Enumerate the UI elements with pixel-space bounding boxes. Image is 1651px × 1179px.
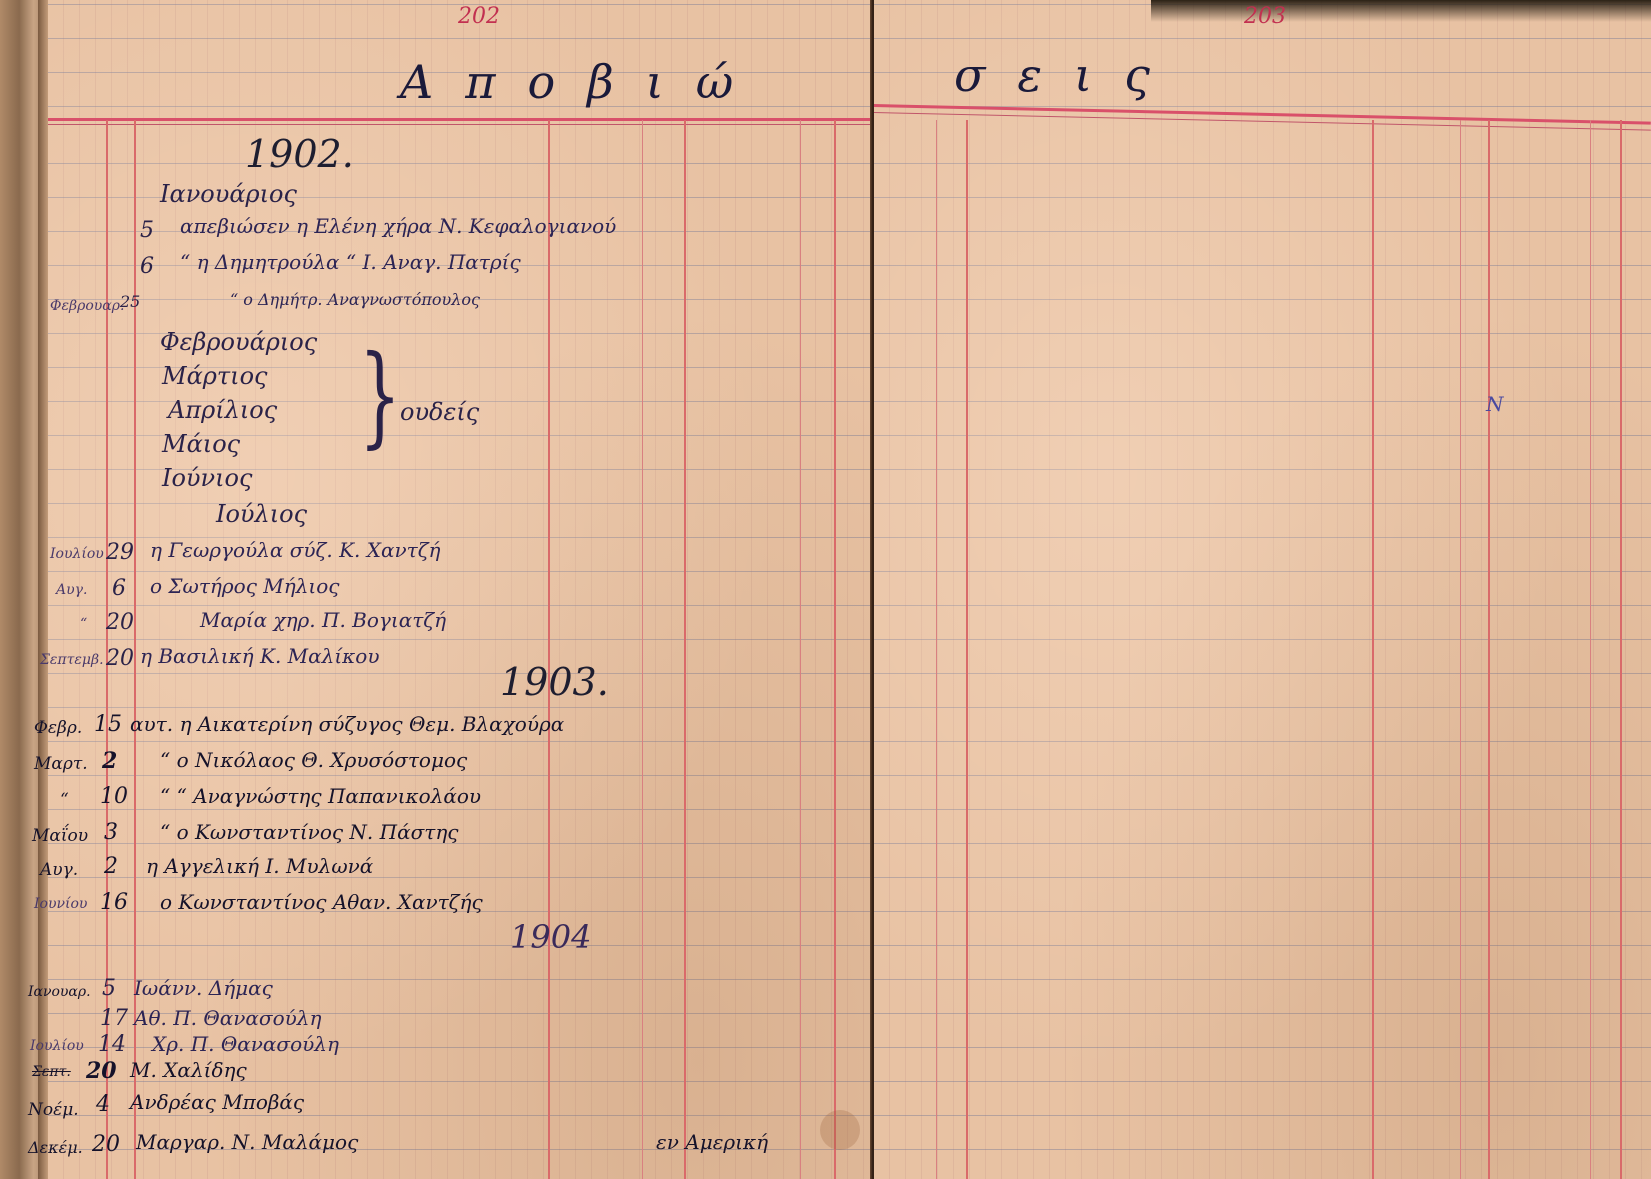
entry-text: “ η Δημητρούλα “ Ι. Αναγ. Πατρίς xyxy=(180,250,521,274)
no-deaths-label: ουδείς xyxy=(400,398,479,426)
entry-text: ο Σωτήρος Μήλιος xyxy=(150,574,339,598)
entry-day: 25 xyxy=(120,292,140,311)
month-heading: Ιανουάριος xyxy=(160,180,297,208)
edge-shadow xyxy=(1151,0,1651,22)
entry-margin-date: Ιουνίου xyxy=(34,896,87,912)
open-ledger-book: 202 Αποβιώ 1902. Ιανουάριος 5 απεβιώσεν … xyxy=(0,0,1651,1179)
entry-margin-date: Ιουλίου xyxy=(50,546,104,562)
year-heading-1902: 1902. xyxy=(245,132,354,176)
column-rule-amount-1 xyxy=(1372,120,1374,1179)
entry-day: 2 xyxy=(102,748,117,774)
entry-margin-date: Ιανουαρ. xyxy=(28,984,91,1000)
column-rule-amount-3 xyxy=(684,120,686,1179)
entry-day: 4 xyxy=(96,1092,110,1117)
column-rule-amount-2 xyxy=(642,120,643,1179)
entry-margin-date: Ιουλίου xyxy=(30,1038,84,1054)
entry-margin-date: Φεβρουαρ. xyxy=(50,298,124,314)
column-rule-margin xyxy=(936,120,937,1179)
year-heading-1903: 1903. xyxy=(500,660,609,704)
entry-margin-date: “ xyxy=(80,616,87,632)
entry-day: 5 xyxy=(102,976,116,1001)
entry-text: Αθ. Π. Θανασούλη xyxy=(134,1006,321,1030)
no-death-month: Ιούνιος xyxy=(162,464,252,492)
no-death-month: Μάρτιος xyxy=(162,362,267,390)
year-heading-1904: 1904 xyxy=(510,918,591,956)
entry-margin-date: Αυγ. xyxy=(40,860,78,880)
page-title-right: σεις xyxy=(954,48,1182,102)
page-title-left: Αποβιώ xyxy=(400,55,765,109)
header-rule-secondary xyxy=(48,124,872,125)
column-rule-amount-5 xyxy=(834,120,836,1179)
paper-stain xyxy=(820,1110,860,1150)
column-rule-amount-1 xyxy=(548,120,550,1179)
entry-text: “ “ Αναγνώστης Παπανικολάου xyxy=(160,784,481,808)
entry-text: “ ο Νικόλαος Θ. Χρυσόστομος xyxy=(160,748,467,772)
column-rule-day xyxy=(966,120,968,1179)
right-page: 203 σεις N xyxy=(874,0,1651,1179)
entry-margin-date: Μαρτ. xyxy=(34,754,88,774)
column-rule-amount-5 xyxy=(1620,120,1622,1179)
entry-day: 14 xyxy=(98,1032,126,1057)
entry-day: 5 xyxy=(140,218,154,243)
no-death-month: Μάιος xyxy=(162,430,240,458)
header-rule xyxy=(48,118,872,121)
entry-day: 6 xyxy=(112,576,126,601)
entry-text: Ιωάνν. Δήμας xyxy=(134,976,273,1000)
entry-day: 29 xyxy=(106,540,134,565)
entry-day: 15 xyxy=(94,712,122,737)
entry-day: 20 xyxy=(86,1058,117,1084)
month-heading: Ιούλιος xyxy=(216,500,307,528)
entry-day: 6 xyxy=(140,254,154,279)
column-rule-amount-4 xyxy=(800,120,801,1179)
entry-text: ο Κωνσταντίνος Αθαν. Χαντζής xyxy=(160,890,483,914)
entry-margin-date: Σεπτεμβ. xyxy=(40,652,104,668)
binding-edge xyxy=(38,0,48,1179)
entry-text: Μ. Χαλίδης xyxy=(130,1058,247,1082)
entry-text: Μαρία χηρ. Π. Βογιατζή xyxy=(200,608,446,632)
entry-text: η Βασιλική Κ. Μαλίκου xyxy=(140,644,379,668)
stray-ink-mark: N xyxy=(1486,392,1504,416)
entry-text: Ανδρέας Μποβάς xyxy=(130,1090,304,1114)
entry-margin-date: Φεβρ. xyxy=(34,718,82,738)
entry-day: 20 xyxy=(92,1132,120,1157)
page-number-left: 202 xyxy=(458,4,500,29)
entry-day: 20 xyxy=(106,610,134,635)
entry-text: Μαργαρ. Ν. Μαλάμος xyxy=(136,1130,358,1154)
entry-margin-date: Μαΐου xyxy=(32,826,88,846)
entry-margin-date: “ xyxy=(60,790,69,810)
entry-text: απεβιώσεν η Ελένη χήρα Ν. Κεφαλογιανού xyxy=(180,214,616,238)
entry-day: 2 xyxy=(104,854,118,879)
entry-text: η Γεωργούλα σύζ. Κ. Χαντζή xyxy=(150,538,441,562)
column-rule-amount-3 xyxy=(1488,120,1490,1179)
footnote-annotation: εν Αμερική xyxy=(656,1130,768,1154)
entry-margin-date: Αυγ. xyxy=(56,582,87,598)
entry-text: η Αγγελική Ι. Μυλωνά xyxy=(146,854,373,878)
entry-day: 10 xyxy=(100,784,128,809)
entry-text: αυτ. η Αικατερίνη σύζυγος Θεμ. Βλαχούρα xyxy=(130,712,564,736)
entry-margin-date: Δεκέμ. xyxy=(28,1138,83,1157)
entry-text: “ ο Κωνσταντίνος Ν. Πάστης xyxy=(160,820,459,844)
entry-text: “ ο Δημήτρ. Αναγνωστόπουλος xyxy=(230,290,480,309)
no-death-month: Φεβρουάριος xyxy=(160,328,317,356)
entry-margin-date: Νοέμ. xyxy=(28,1100,79,1120)
left-page: 202 Αποβιώ 1902. Ιανουάριος 5 απεβιώσεν … xyxy=(0,0,872,1179)
bracket-glyph: } xyxy=(359,340,401,450)
column-rule-amount-2 xyxy=(1460,120,1461,1179)
entry-text: Χρ. Π. Θανασούλη xyxy=(152,1032,339,1056)
entry-margin-date: Σεπτ. xyxy=(32,1064,71,1080)
column-rule-amount-4 xyxy=(1590,120,1591,1179)
no-death-month: Απρίλιος xyxy=(168,396,277,424)
page-number-right: 203 xyxy=(1244,4,1286,29)
entry-day: 17 xyxy=(100,1006,128,1031)
entry-day: 20 xyxy=(106,646,134,671)
entry-day: 3 xyxy=(104,820,118,845)
entry-day: 16 xyxy=(100,890,128,915)
